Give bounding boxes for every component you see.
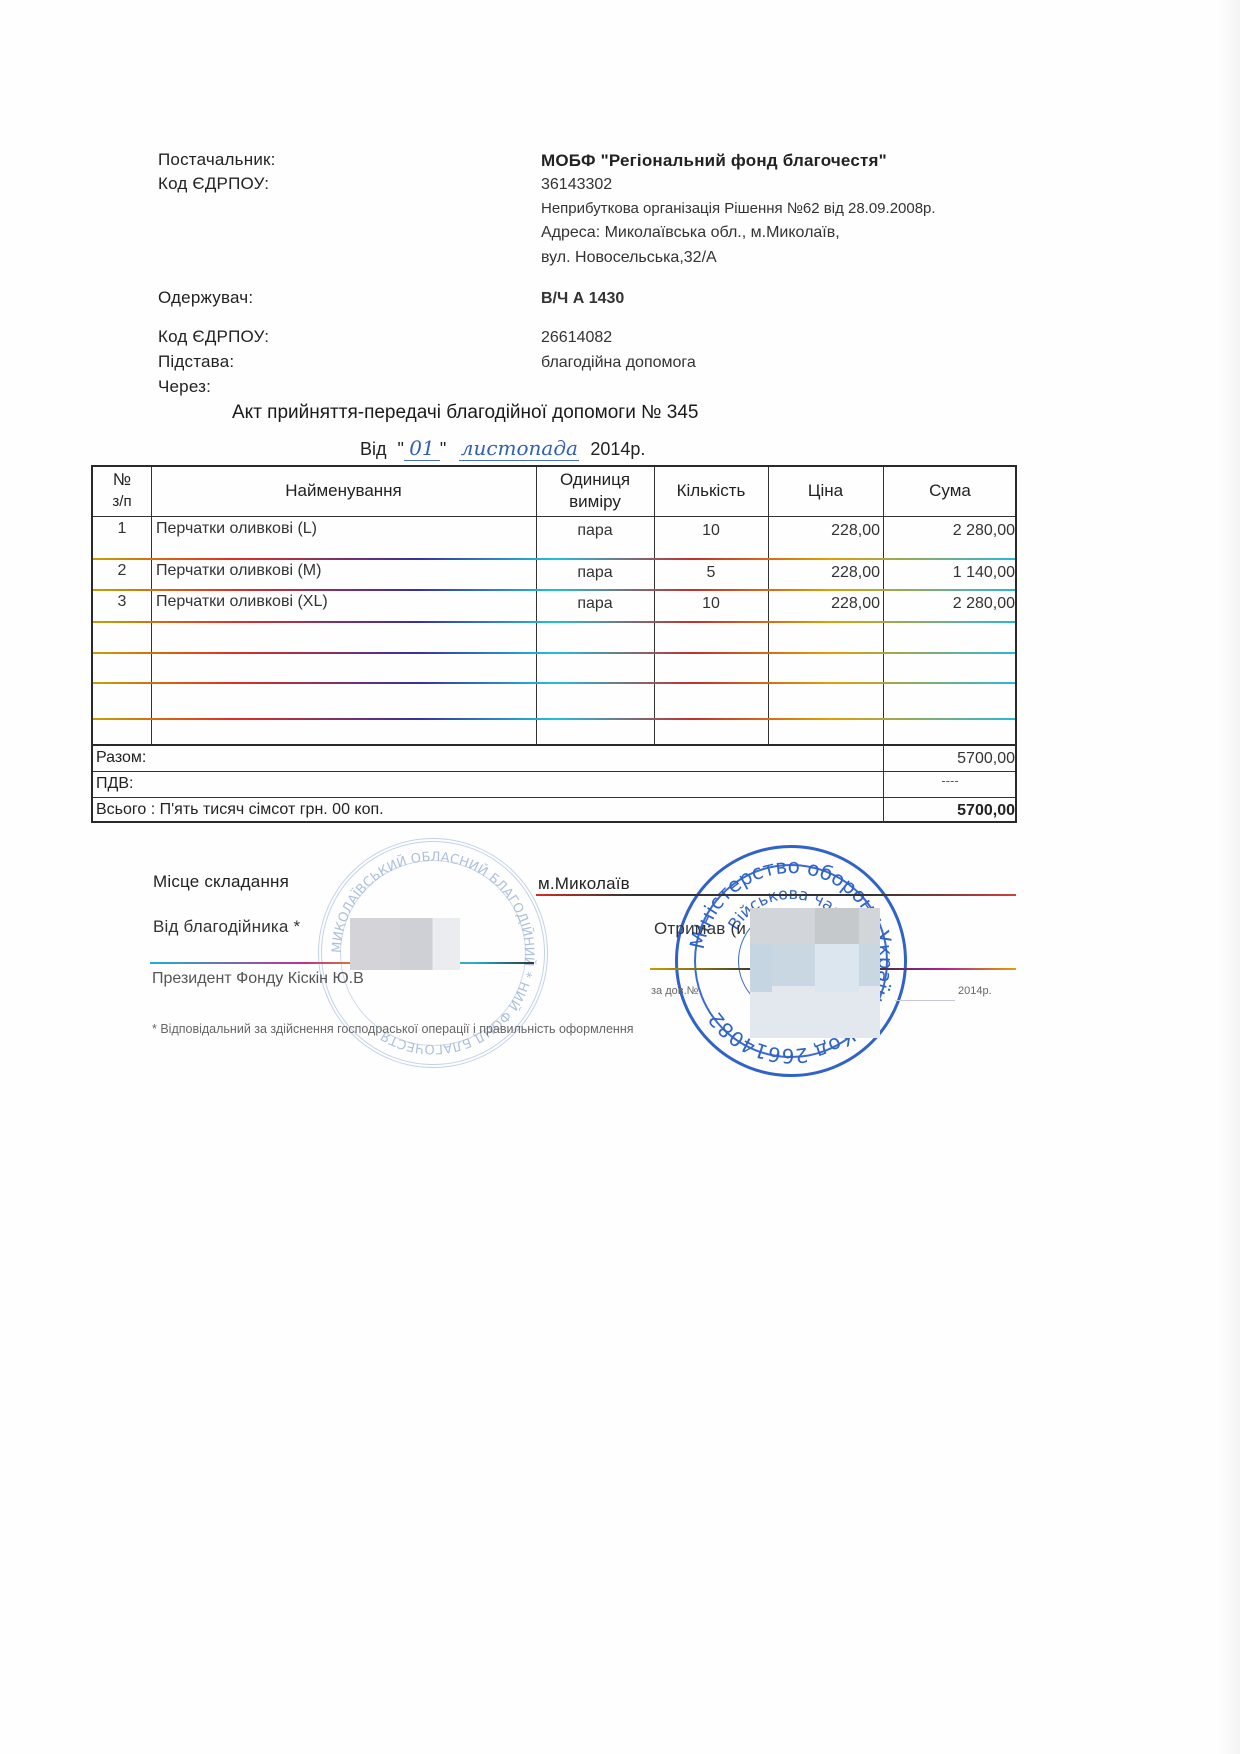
row-price: 228,00 (768, 522, 880, 540)
vat-value: ---- (883, 773, 1017, 788)
table-row-empty (93, 683, 1015, 719)
received-label: Отримав (и (654, 919, 746, 939)
basis-value: благодійна допомога (541, 354, 696, 372)
row-unit: пара (536, 564, 654, 582)
table-row: 2 Перчатки оливкові (M) пара 5 228,00 1 … (93, 559, 1015, 590)
row-no: 3 (93, 593, 151, 611)
supplier-code: 36143302 (541, 176, 612, 194)
row-price: 228,00 (768, 595, 880, 613)
proxy-label: за дов.№ (651, 985, 698, 997)
subtotal-row: Разом: 5700,00 (93, 746, 1015, 772)
row-name: Перчатки оливкові (M) (156, 562, 321, 580)
table-row-empty (93, 622, 1015, 653)
vat-label: ПДВ: (96, 775, 133, 793)
row-no: 2 (93, 562, 151, 580)
row-name: Перчатки оливкові (XL) (156, 593, 328, 611)
row-sum: 2 280,00 (883, 522, 1015, 540)
recipient-name: В/Ч А 1430 (541, 290, 624, 308)
recipient-code: 26614082 (541, 329, 612, 347)
table-row-empty (93, 653, 1015, 683)
row-qty: 10 (654, 522, 768, 540)
recipient-label: Одержувач: (158, 288, 253, 308)
redacted-signature (750, 908, 880, 1038)
table-row: 3 Перчатки оливкові (XL) пара 10 228,00 … (93, 590, 1015, 622)
supplier-address-line1: Адреса: Миколаївська обл., м.Миколаїв, (541, 224, 840, 242)
header-qty: Кількість (654, 480, 768, 502)
total-label: Всього : П'ять тисяч сімсот грн. 00 коп. (96, 801, 384, 819)
date-day: 01 (404, 436, 440, 461)
place-underline (536, 894, 1016, 896)
act-title: Акт прийняття-передачі благодійної допом… (232, 402, 698, 424)
header-unit-sub: виміру (536, 491, 654, 513)
row-no: 1 (93, 520, 151, 538)
supplier-address-line2: вул. Новосельська,32/А (541, 249, 717, 267)
row-price: 228,00 (768, 564, 880, 582)
date-month: листопада (459, 436, 579, 461)
table-row: 1 Перчатки оливкові (L) пара 10 228,00 2… (93, 517, 1015, 559)
vat-row: ПДВ: ---- (93, 772, 1015, 798)
row-unit: пара (536, 522, 654, 540)
row-name: Перчатки оливкові (L) (156, 520, 317, 538)
supplier-code-label: Код ЄДРПОУ: (158, 174, 269, 194)
from-benefactor-label: Від благодійника * (153, 917, 300, 937)
scan-edge (1218, 0, 1240, 1754)
row-unit: пара (536, 595, 654, 613)
table-header: № з/п Найменування Одиниця виміру Кількі… (93, 467, 1015, 517)
supplier-note: Неприбуткова організація Рішення №62 від… (541, 200, 936, 217)
header-name: Найменування (151, 480, 536, 502)
header-sum: Сума (883, 480, 1017, 502)
row-qty: 5 (654, 564, 768, 582)
items-table: № з/п Найменування Одиниця виміру Кількі… (91, 465, 1017, 823)
place-value: м.Миколаїв (538, 874, 630, 894)
proxy-year-line (895, 1000, 955, 1001)
act-date: Від "01" листопада 2014р. (360, 436, 645, 461)
supplier-name: МОБФ "Регіональний фонд благочестя" (541, 151, 887, 171)
recipient-code-label: Код ЄДРПОУ: (158, 327, 269, 347)
total-row: Всього : П'ять тисяч сімсот грн. 00 коп.… (93, 798, 1015, 823)
header-price: Ціна (768, 480, 883, 502)
redacted-signature (350, 918, 460, 970)
header-no-sub: з/п (93, 491, 151, 513)
row-qty: 10 (654, 595, 768, 613)
subtotal-label: Разом: (96, 749, 146, 767)
date-prefix: Від (360, 439, 387, 459)
footnote: * Відповідальний за здійснення господрас… (152, 1022, 634, 1036)
row-sum: 1 140,00 (883, 564, 1015, 582)
table-row-empty (93, 719, 1015, 746)
date-year: 2014р. (590, 439, 645, 459)
row-sum: 2 280,00 (883, 595, 1015, 613)
place-label: Місце складання (153, 872, 289, 892)
header-no: № (93, 469, 151, 491)
header-unit: Одиниця (536, 469, 654, 491)
benefactor-signature-line (150, 962, 534, 964)
proxy-year: 2014р. (958, 985, 992, 997)
supplier-label: Постачальник: (158, 150, 276, 170)
president-name: Президент Фонду Кіскін Ю.В (152, 970, 364, 988)
subtotal-value: 5700,00 (883, 750, 1015, 768)
total-value: 5700,00 (883, 802, 1015, 820)
via-label: Через: (158, 377, 211, 397)
basis-label: Підстава: (158, 352, 234, 372)
